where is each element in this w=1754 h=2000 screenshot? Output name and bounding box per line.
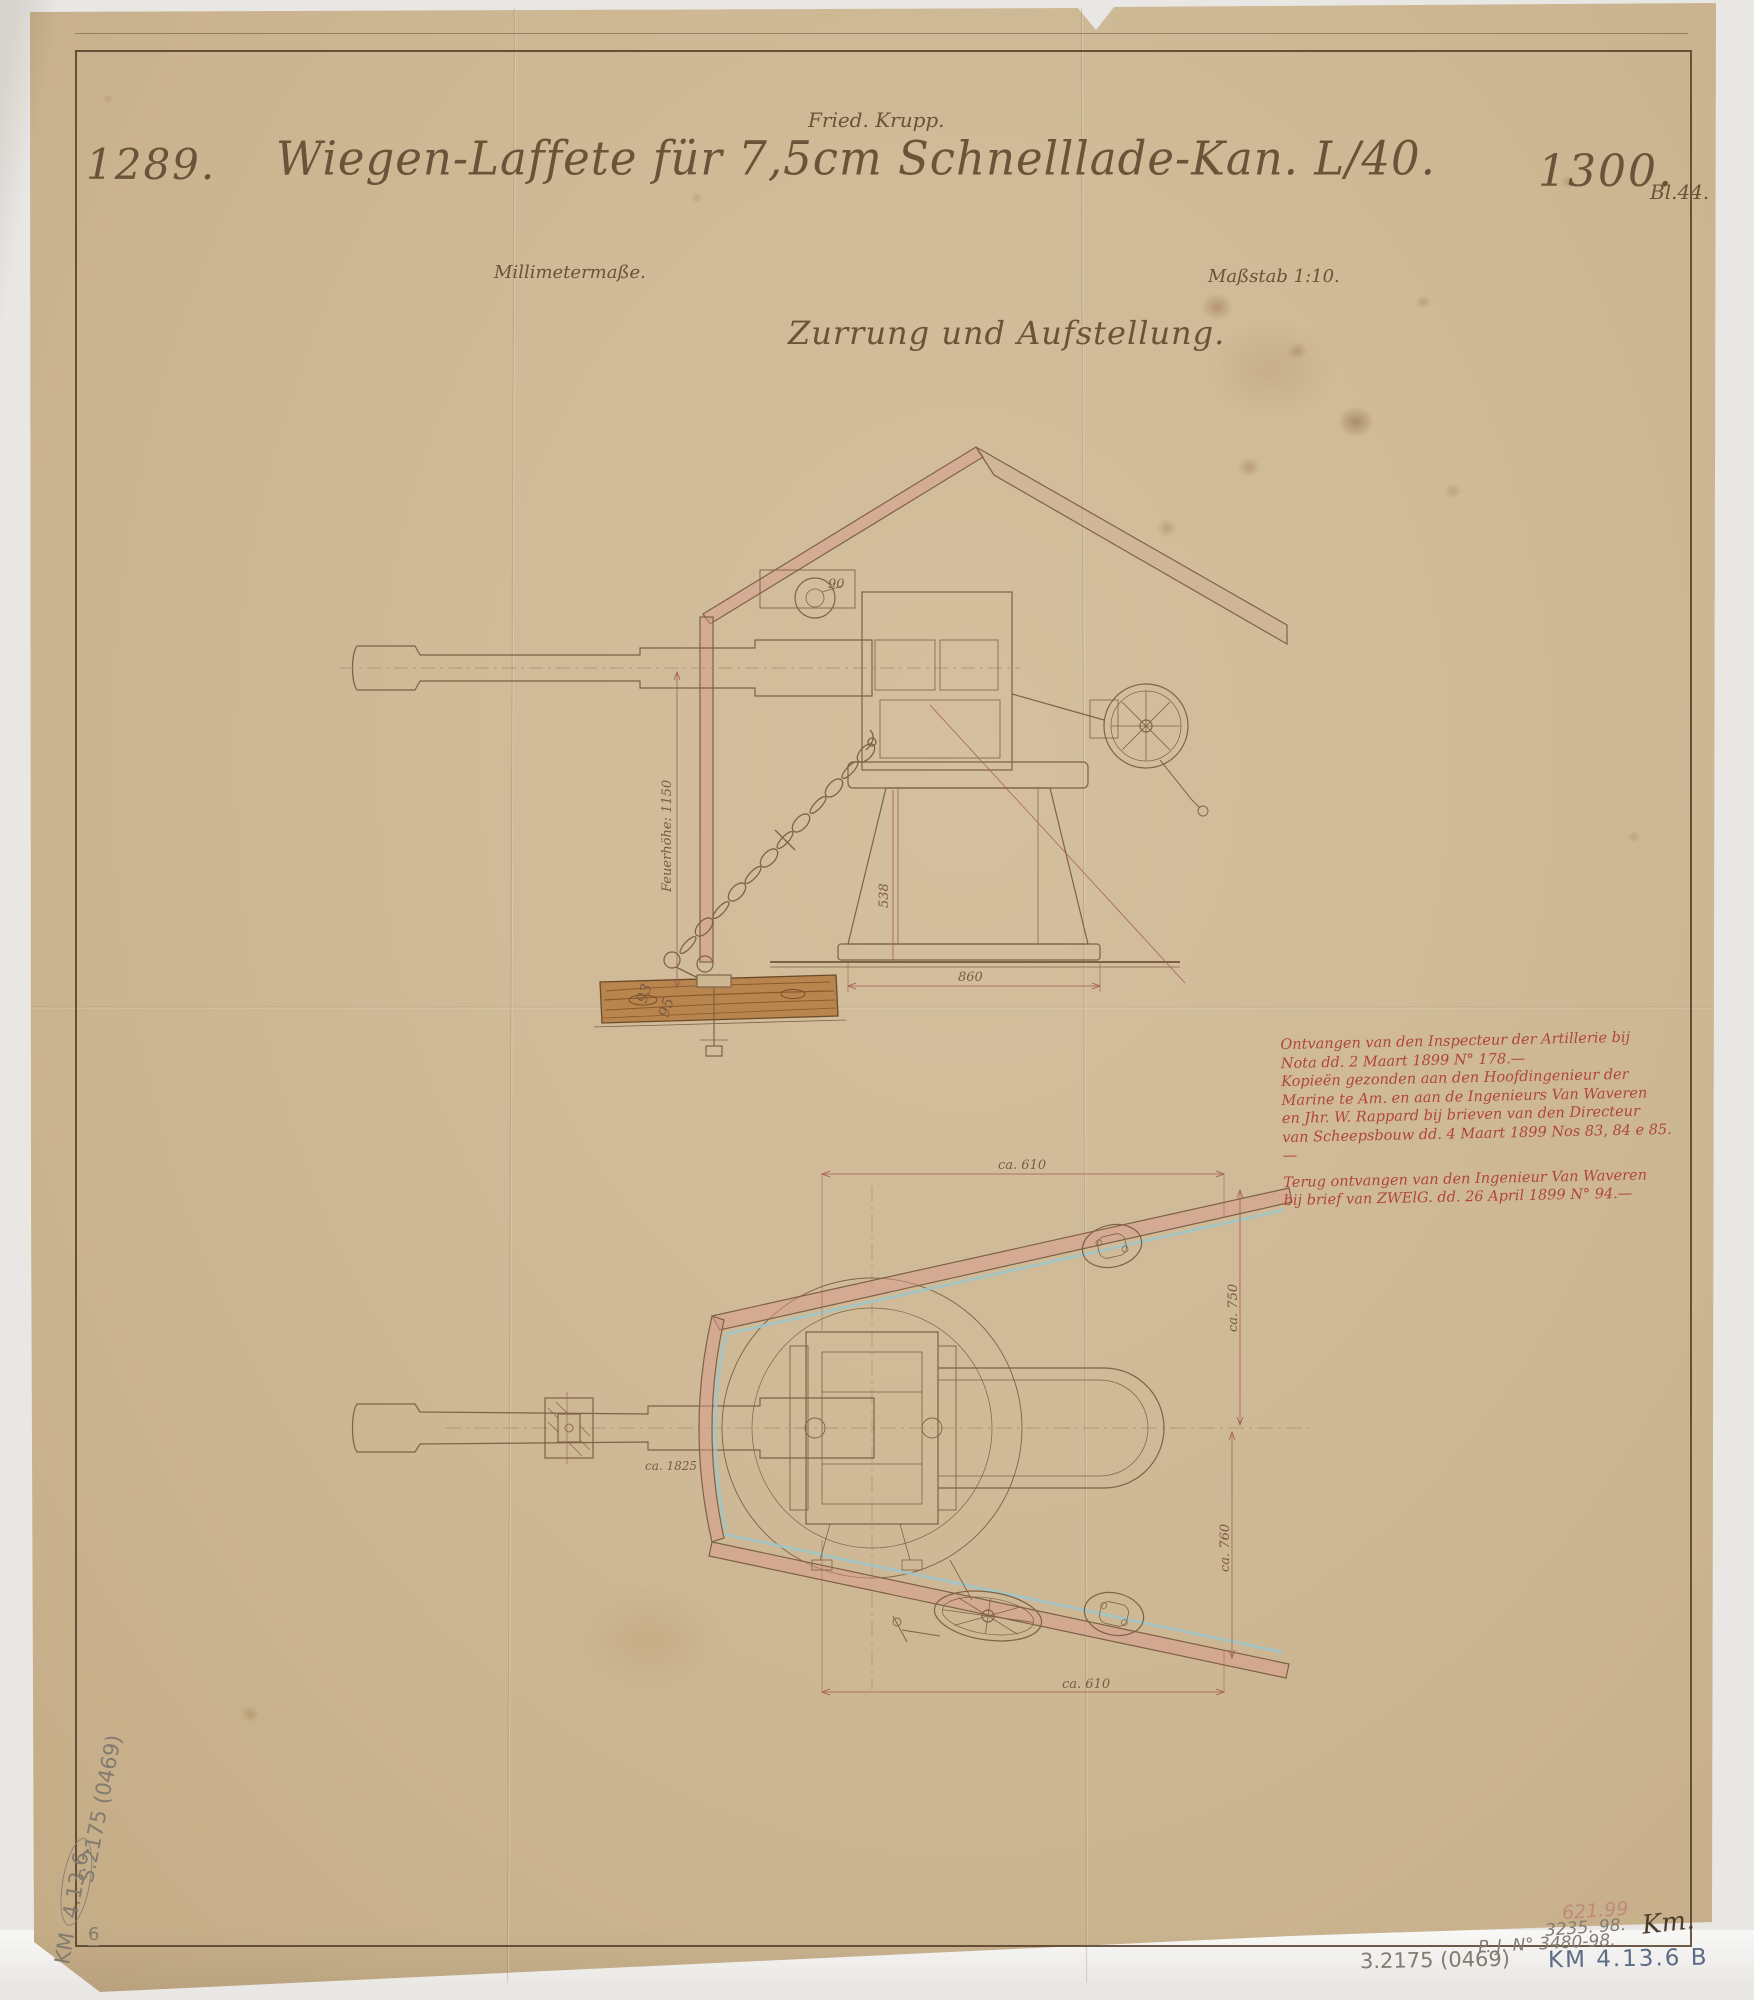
plan-view: ca. 610 ca. 750 ca. 760 ca. 1825 ca. 610 <box>353 1158 1311 1695</box>
corner-digit: 6 <box>88 1924 99 1946</box>
red-note-line: Nota dd. 2 Maart 1899 N° 178.— <box>1281 1050 1526 1071</box>
dim-plan-barrel: ca. 1825 <box>645 1459 697 1473</box>
diagonal-stay <box>930 705 1185 983</box>
pedestal <box>770 762 1180 967</box>
bulwark-plate-bottom <box>709 1542 1289 1678</box>
shield-left-plate <box>703 447 983 624</box>
shield-side-strip <box>700 617 713 962</box>
dim-fire-height: Feuerhöhe: 1150 <box>660 780 675 893</box>
dim-plan-top: ca. 610 <box>998 1158 1046 1173</box>
ink-monogram: Km. <box>1641 1905 1696 1940</box>
muzzle-clamp <box>545 1392 593 1464</box>
lashing-chain <box>664 730 878 980</box>
shield-right-plate <box>976 447 1287 644</box>
bulwark-plate-top <box>712 1188 1292 1330</box>
dim-860: 860 <box>958 970 983 985</box>
bottom-pencil-code: 3.2175 (0469) <box>1360 1947 1510 1974</box>
side-view: 90 Feuerhöhe: 1150 538 860 93 95 <box>340 447 1287 1056</box>
bulwark-blue-bottom <box>724 1534 1282 1652</box>
technical-drawing-svg: 90 Feuerhöhe: 1150 538 860 93 95 <box>0 0 1754 2000</box>
cradle-plan <box>790 1332 956 1570</box>
bulwark-blue-top <box>726 1210 1284 1334</box>
dim-top-90: 90 <box>828 577 845 592</box>
elevating-handwheel <box>1012 684 1208 816</box>
sight-circle-inner <box>806 589 824 607</box>
dim-538: 538 <box>877 883 892 908</box>
red-archival-note: Ontvangen van den Inspecteur der Artille… <box>1280 1028 1674 1211</box>
dim-plan-bottom: ca. 610 <box>1062 1677 1110 1692</box>
side-view-dimension-labels: 90 Feuerhöhe: 1150 538 860 93 95 <box>633 577 983 1019</box>
dim-plan-right-upper: ca. 750 <box>1226 1284 1241 1332</box>
deck-plank <box>594 956 846 1056</box>
bottom-archive-code: KM 4.13.6 B <box>1548 1945 1709 1974</box>
dim-plan-right-lower: ca. 760 <box>1218 1524 1233 1572</box>
scanned-drawing-page: { "header": { "maker": "Fried. Krupp.", … <box>0 0 1754 2000</box>
